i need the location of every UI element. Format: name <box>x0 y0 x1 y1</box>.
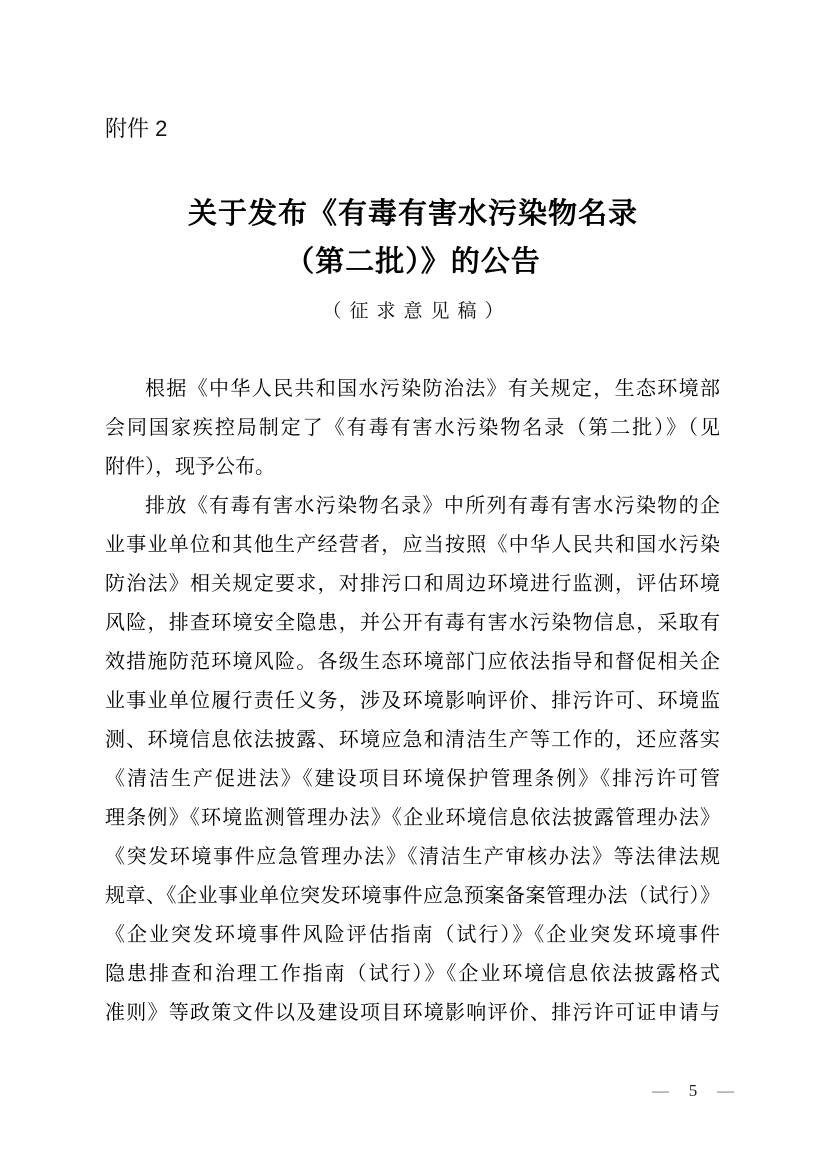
body-line: 测、环境信息依法披露、环境应急和清洁生产等工作的，还应落实 <box>105 721 720 760</box>
document-subtitle: （征求意见稿） <box>0 296 826 323</box>
document-title: 关于发布《有毒有害水污染物名录 （第二批）》的公告 <box>0 190 826 286</box>
document-page: 附件 2 关于发布《有毒有害水污染物名录 （第二批）》的公告 （征求意见稿） 根… <box>0 0 826 1169</box>
body-line: 理条例》《环境监测管理办法》《企业环境信息依法披露管理办法》 <box>105 799 720 838</box>
body-line: 附件），现予公布。 <box>105 448 720 487</box>
page-footer: — 5 — <box>652 1080 734 1102</box>
document-title-line-1: 关于发布《有毒有害水污染物名录 <box>0 190 826 238</box>
attachment-label: 附件 2 <box>105 116 167 142</box>
body-line: 会同国家疾控局制定了《有毒有害水污染物名录（第二批）》（见 <box>105 409 720 448</box>
page-number: 5 <box>689 1080 698 1102</box>
body-line: 风险，排查环境安全隐患，并公开有毒有害水污染物信息，采取有 <box>105 604 720 643</box>
body-line: 《清洁生产促进法》《建设项目环境保护管理条例》《排污许可管 <box>105 760 720 799</box>
body-line: 隐患排查和治理工作指南（试行）》《企业环境信息依法披露格式 <box>105 955 720 994</box>
body-line: 业事业单位履行责任义务，涉及环境影响评价、排污许可、环境监 <box>105 682 720 721</box>
body-line: 《突发环境事件应急管理办法》《清洁生产审核办法》等法律法规 <box>105 838 720 877</box>
body-line: 规章、《企业事业单位突发环境事件应急预案备案管理办法（试行）》 <box>105 877 720 916</box>
footer-dash-right: — <box>717 1080 734 1102</box>
body-line: 效措施防范环境风险。各级生态环境部门应依法指导和督促相关企 <box>105 643 720 682</box>
body-line: 防治法》相关规定要求，对排污口和周边环境进行监测，评估环境 <box>105 565 720 604</box>
body-line: 排放《有毒有害水污染物名录》中所列有毒有害水污染物的企 <box>105 487 720 526</box>
body-line: 《企业突发环境事件风险评估指南（试行）》《企业突发环境事件 <box>105 916 720 955</box>
body-line: 根据《中华人民共和国水污染防治法》有关规定，生态环境部 <box>105 370 720 409</box>
body-line: 业事业单位和其他生产经营者，应当按照《中华人民共和国水污染 <box>105 526 720 565</box>
body-line: 准则》等政策文件以及建设项目环境影响评价、排污许可证申请与 <box>105 994 720 1033</box>
footer-dash-left: — <box>652 1080 669 1102</box>
document-title-line-2: （第二批）》的公告 <box>0 238 826 286</box>
document-body: 根据《中华人民共和国水污染防治法》有关规定，生态环境部 会同国家疾控局制定了《有… <box>105 370 720 1033</box>
